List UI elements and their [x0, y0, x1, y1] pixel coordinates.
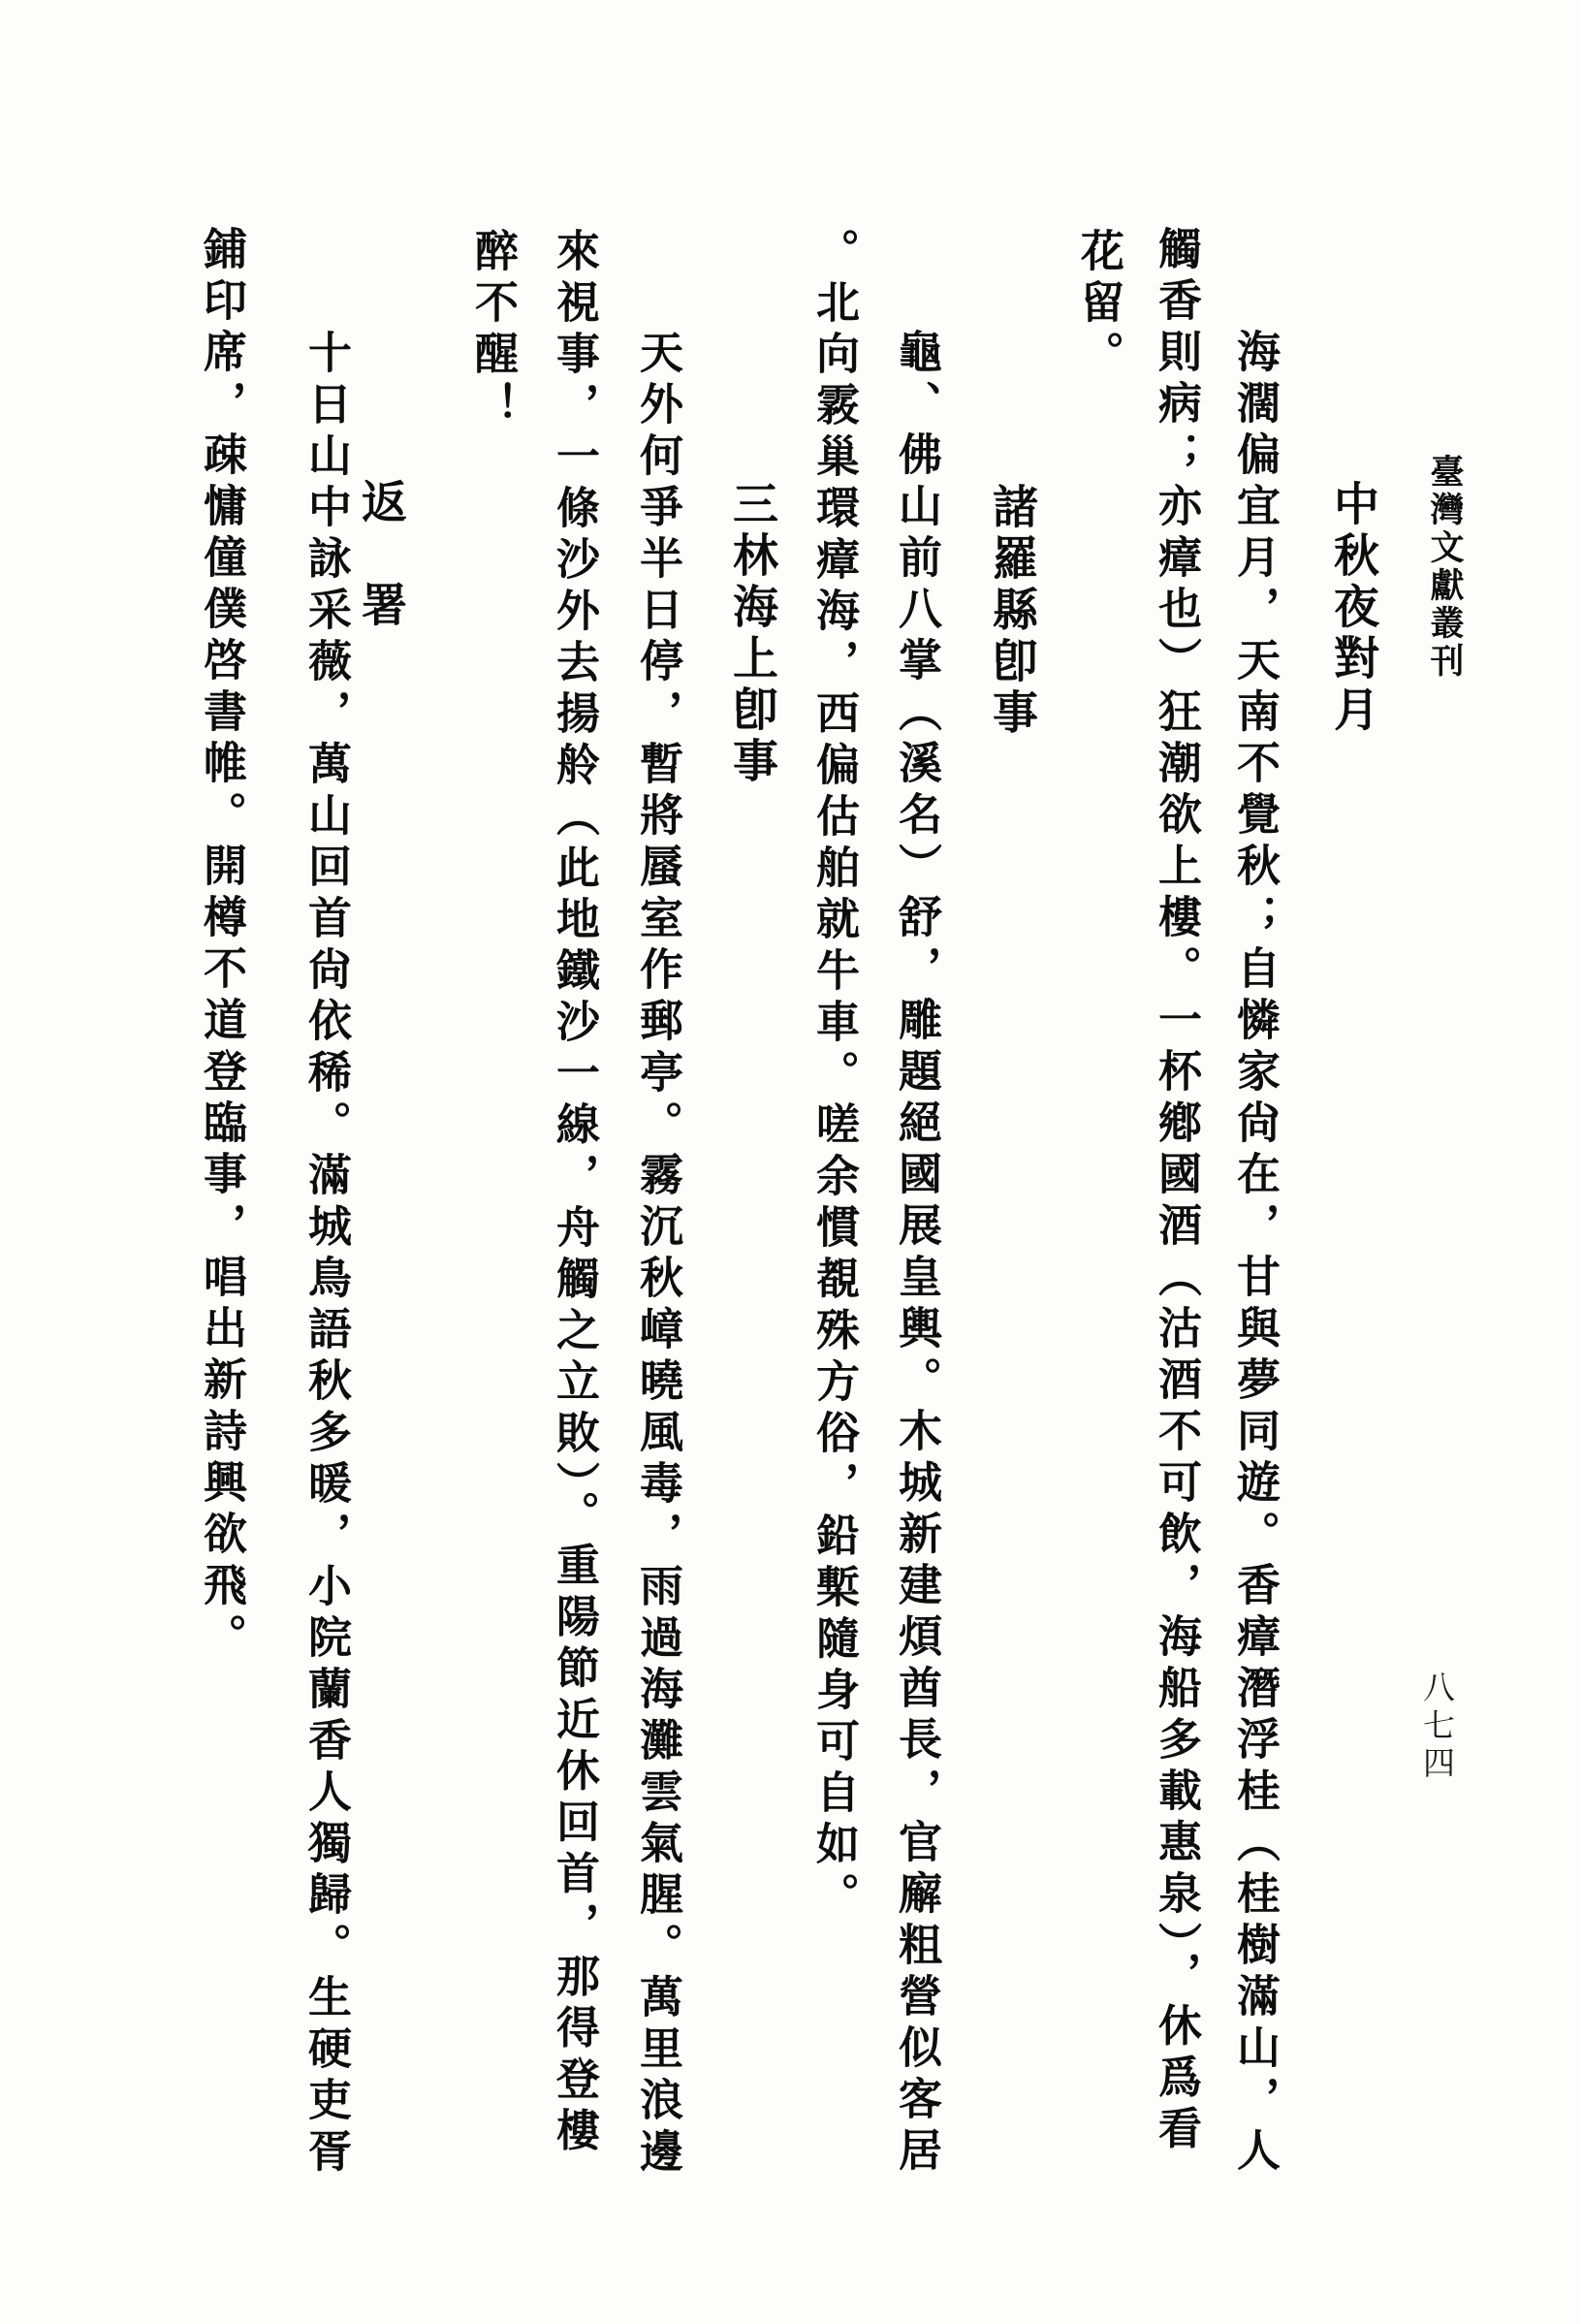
poem-1-title: 中秋夜對月	[1326, 480, 1378, 737]
poem-3-title: 三林海上卽事	[725, 480, 777, 788]
poem-1-column-2: 觸香則病；亦瘴也）狂潮欲上樓。一杯鄕國酒（沽酒不可飲，海船多載惠泉），休爲看	[1151, 226, 1201, 2157]
poem-1-column-3: 花留。	[1073, 228, 1123, 382]
poem-1-column-1: 海濶偏宜月，天南不覺秋；自憐家尙在，甘與夢同遊。香瘴潛浮桂（桂樹滿山，人	[1229, 329, 1280, 2179]
poem-3-column-3: 醉不醒！	[467, 228, 518, 433]
poem-2-column-2: 。北向霚巢環瘴海，西偏估舶就牛車。嗟余慣覩殊方俗，鉛槧隨身可自如。	[808, 228, 859, 1924]
poem-4-title: 返 署	[354, 478, 406, 632]
poem-4-column-1: 十日山中詠采薇，萬山回首尙依稀。滿城鳥語秋多暖，小院蘭香人獨歸。生硬吏胥	[301, 330, 351, 2180]
poem-2-title: 諸羅縣卽事	[985, 483, 1037, 740]
poem-3-column-1: 天外何爭半日停，暫將蜃室作郵亭。霧沉秋嶂曉風毒，雨過海灘雲氣腥。萬里浪邊	[632, 330, 682, 2180]
poem-3-column-2: 來視事，一條沙外去揚舲（此地鐵沙一線，舟觸之立敗）。重陽節近休回首，那得登樓	[549, 228, 599, 2159]
series-title: 臺灣文獻叢刊	[1422, 454, 1467, 681]
poem-4-column-2: 鋪印席，疎慵僮僕啓書帷。開樽不道登臨事，唱出新詩興欲飛。	[196, 226, 246, 1665]
poem-2-column-1: 龜、佛山前八掌（溪名）舒，雕題絕國展皇輿。木城新建煩酋長，官廨粗營似客居	[891, 329, 941, 2179]
folio-number: 八七四	[1415, 1671, 1456, 1784]
